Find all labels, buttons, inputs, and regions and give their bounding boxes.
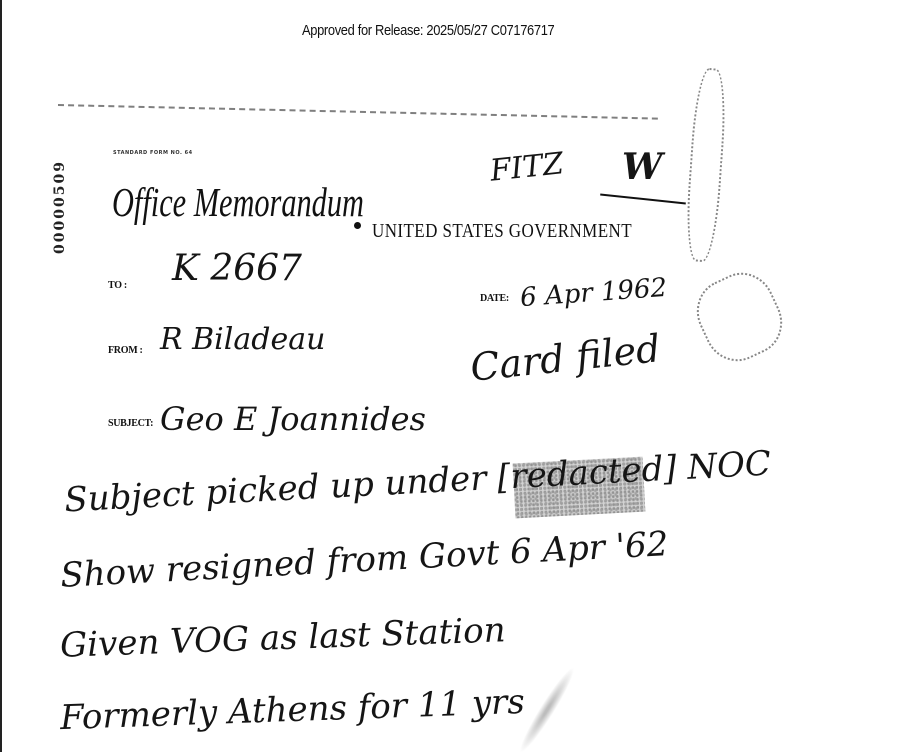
subject-label: SUBJECT: [108, 418, 153, 429]
body-line: Formerly Athens for 11 yrs [59, 682, 525, 738]
filed-note: Card filed [468, 326, 662, 390]
body-line: Given VOG as last Station [59, 610, 506, 666]
body-line: Subject picked up under [redacted] NOC [63, 444, 771, 521]
organization-name: UNITED STATES GOVERNMENT [372, 220, 632, 243]
bullet-separator [354, 222, 361, 229]
to-label: TO : [108, 280, 127, 291]
routing-name: FITZ [488, 146, 565, 188]
memo-title: Office Memorandum [112, 178, 364, 226]
form-number: STANDARD FORM NO. 64 [113, 150, 193, 156]
date-label: DATE: [480, 293, 509, 304]
subject-value: Geo E Joannides [160, 400, 426, 438]
release-stamp: Approved for Release: 2025/05/27 C071767… [302, 22, 554, 39]
top-perforation-line [58, 104, 658, 120]
margin-stamp-2 [686, 262, 793, 372]
from-value: R Biladeau [160, 322, 325, 357]
from-label: FROM : [108, 345, 143, 356]
routing-initials: W [622, 146, 662, 188]
document-id: 00000509 [52, 160, 68, 254]
scan-border [0, 0, 2, 752]
body-line: Show resigned from Govt 6 Apr '62 [59, 524, 669, 596]
to-value: K 2667 [172, 248, 302, 289]
margin-stamp [683, 67, 728, 263]
date-value: 6 Apr 1962 [519, 273, 668, 313]
routing-underline [600, 194, 686, 205]
